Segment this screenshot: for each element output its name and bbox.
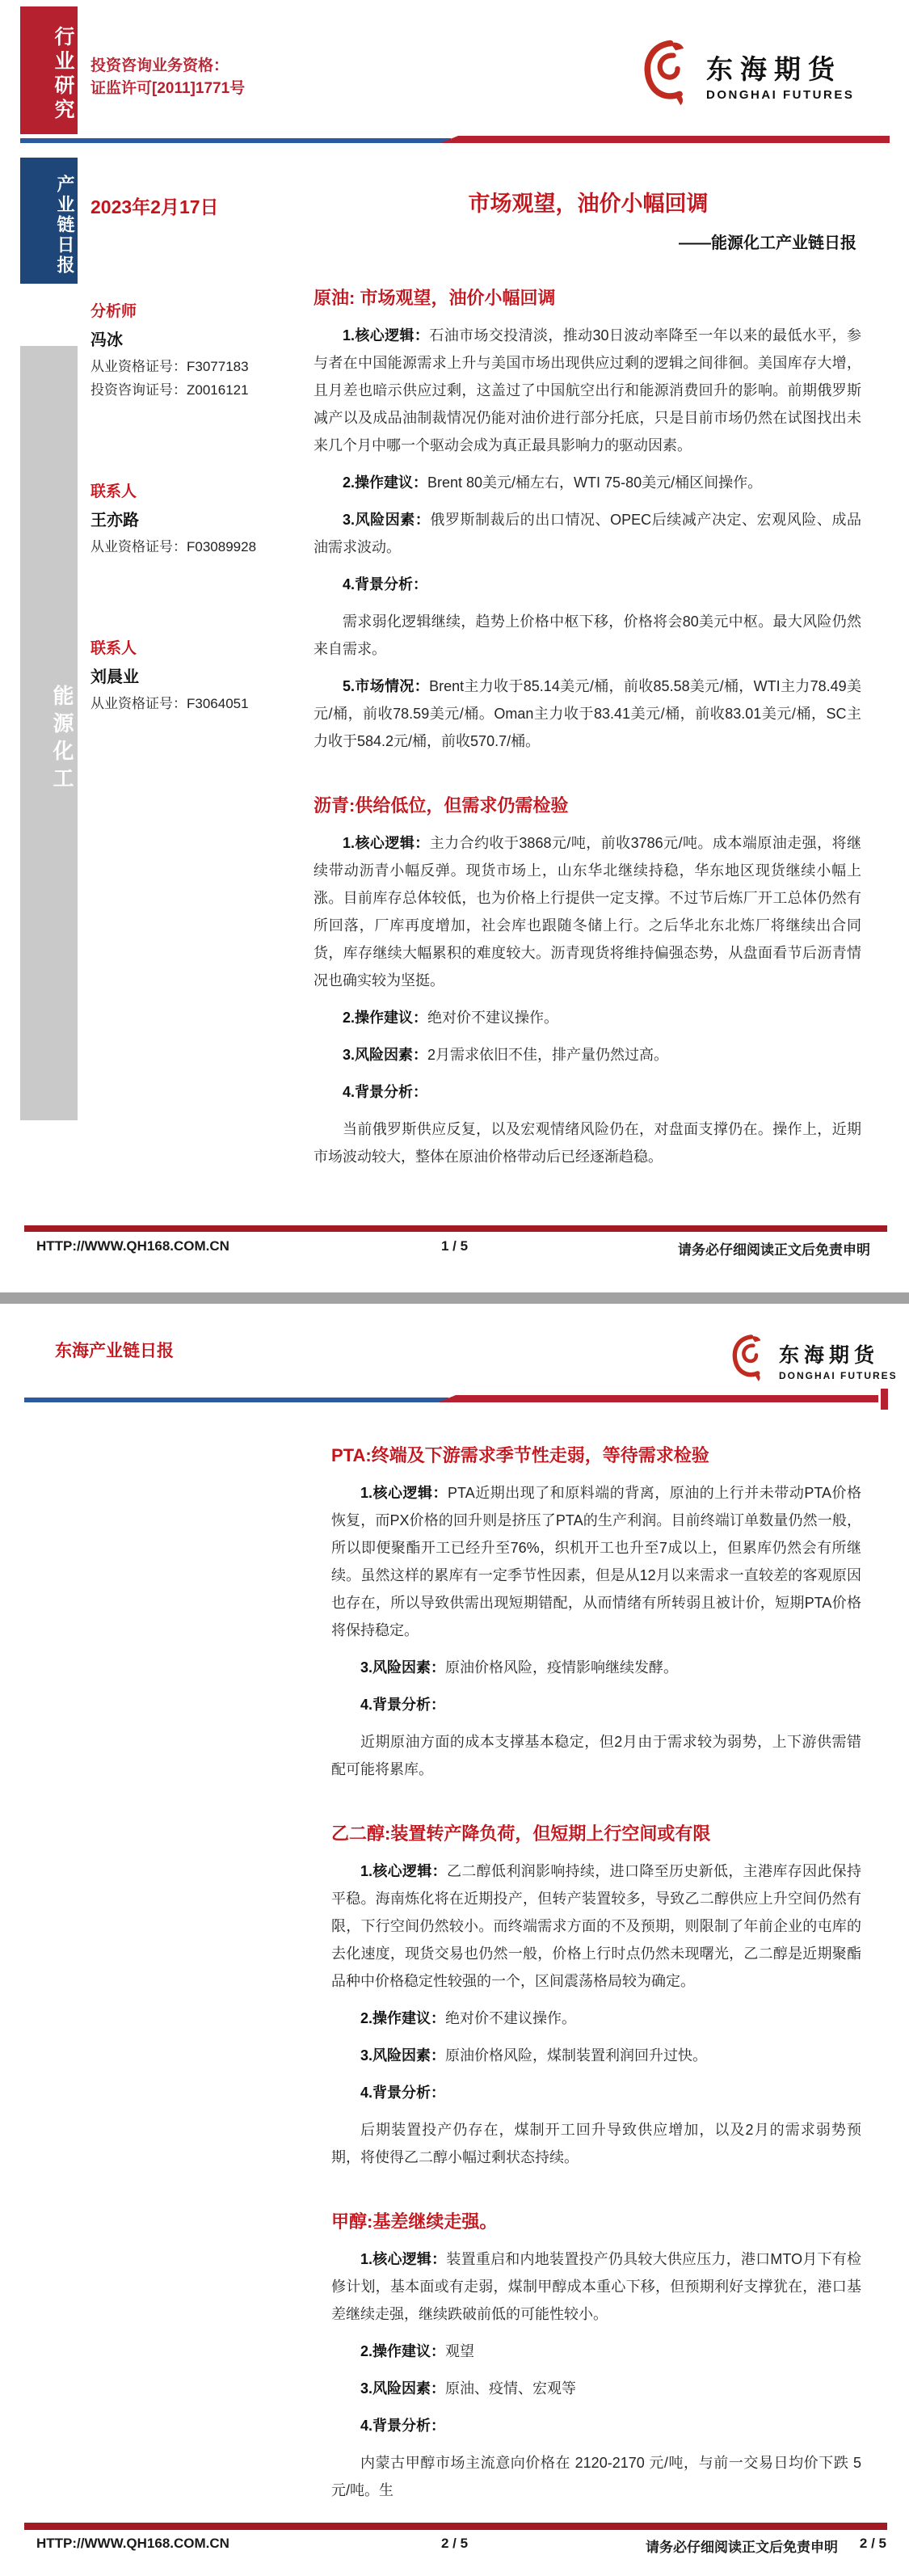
page2-body: PTA:终端及下游需求季节性走弱，等待需求检验 1.核心逻辑：PTA近期出现了和… xyxy=(331,1444,861,2514)
paragraph-text: 内蒙古甲醇市场主流意向价格在 2120-2170 元/吨，与前一交易日均价下跌 … xyxy=(331,2455,861,2498)
paragraph-text: 石油市场交投清淡，推动30日波动率降至一年以来的最低水平，参与者在中国能源需求上… xyxy=(314,327,861,453)
contact-cert: 从业资格证号：F3064051 xyxy=(90,692,315,715)
contact-card: 联系人 刘晨业 从业资格证号：F3064051 xyxy=(90,636,315,715)
section-heading: 甲醇:基差继续走强。 xyxy=(331,2210,861,2234)
page2-footer-rule xyxy=(24,2523,887,2530)
paragraph-label: 4.背景分析： xyxy=(343,576,427,592)
dragon-logo-icon xyxy=(637,37,698,112)
sidebar-tab-chain-daily: 产业链日报 xyxy=(20,158,78,284)
paragraph-label: 2.操作建议： xyxy=(360,2010,445,2026)
paragraph: 1.核心逻辑：乙二醇低利润影响持续，进口降至历史新低，主港库存因此保持平稳。海南… xyxy=(331,1857,861,1995)
paragraph: 3.风险因素：原油、疫情、宏观等 xyxy=(331,2375,861,2402)
paragraph: 1.核心逻辑：PTA近期出现了和原料端的背离，原油的上行并未带动PTA价格恢复，… xyxy=(331,1479,861,1644)
paragraph-label: 1.核心逻辑： xyxy=(360,2251,446,2267)
page1-body: 原油: 市场观望，油价小幅回调 1.核心逻辑：石油市场交投清淡，推动30日波动率… xyxy=(314,286,861,1180)
paragraph-label: 2.操作建议： xyxy=(343,474,427,491)
logo-text: 东海期货 DONGHAI FUTURES xyxy=(779,1339,898,1381)
license-line-2: 证监许可[2011]1771号 xyxy=(90,78,245,100)
section-asphalt: 沥青:供给低位，但需求仍需检验 1.核心逻辑：主力合约收于3868元/吨，前收3… xyxy=(314,794,861,1170)
paragraph-text: 绝对价不建议操作。 xyxy=(445,2010,576,2026)
section-heading: 乙二醇:装置转产降负荷，但短期上行空间或有限 xyxy=(331,1822,861,1846)
license-line-1: 投资咨询业务资格： xyxy=(90,55,245,78)
analyst-cert: 从业资格证号：F3077183 xyxy=(90,355,315,378)
viewer-page-indicator: 2 / 5 xyxy=(860,2536,886,2552)
paragraph-label: 3.风险因素： xyxy=(343,1047,427,1063)
contact-cert: 从业资格证号：F03089928 xyxy=(90,535,315,559)
paragraph: 1.核心逻辑：主力合约收于3868元/吨，前收3786元/吨。成本端原油走强，将… xyxy=(314,829,861,994)
paragraph-text: 绝对价不建议操作。 xyxy=(427,1010,558,1026)
paragraph: 1.核心逻辑：石油市场交投清淡，推动30日波动率降至一年以来的最低水平，参与者在… xyxy=(314,322,861,459)
donghai-logo: 东海期货 DONGHAI FUTURES xyxy=(637,37,854,112)
paragraph: 内蒙古甲醇市场主流意向价格在 2120-2170 元/吨，与前一交易日均价下跌 … xyxy=(331,2449,861,2504)
paragraph: 2.操作建议：观望 xyxy=(331,2338,861,2365)
paragraph: 4.背景分析： xyxy=(331,1691,861,1718)
paragraph-text: 乙二醇低利润影响持续，进口降至历史新低，主港库存因此保持平稳。海南炼化将在近期投… xyxy=(331,1863,861,1989)
report-subtitle: ——能源化工产业链日报 xyxy=(315,230,856,253)
paragraph-label: 4.背景分析： xyxy=(343,1084,427,1100)
paragraph-text: 原油、疫情、宏观等 xyxy=(445,2380,576,2397)
paragraph: 后期装置投产仍存在，煤制开工回升导致供应增加，以及2月的需求弱势预期，将使得乙二… xyxy=(331,2116,861,2171)
paragraph-label: 3.风险因素： xyxy=(360,1659,445,1676)
contact-card: 联系人 王亦路 从业资格证号：F03089928 xyxy=(90,479,315,559)
paragraph-label: 5.市场情况： xyxy=(343,678,429,694)
license-block: 投资咨询业务资格： 证监许可[2011]1771号 xyxy=(90,55,245,100)
donghai-logo: 东海期货 DONGHAI FUTURES xyxy=(727,1332,898,1388)
logo-chinese-name: 东海期货 xyxy=(706,48,854,86)
paragraph: 3.风险因素：原油价格风险，煤制装置利润回升过快。 xyxy=(331,2042,861,2069)
paragraph-text: 原油价格风险，煤制装置利润回升过快。 xyxy=(445,2047,707,2064)
section-methanol: 甲醇:基差继续走强。 1.核心逻辑：装置重启和内地装置投产仍具较大供应压力，港口… xyxy=(331,2210,861,2504)
paragraph-label: 2.操作建议： xyxy=(360,2343,445,2359)
logo-english-name: DONGHAI FUTURES xyxy=(706,88,854,102)
sidebar-tab-energy-chem: 能源化工 xyxy=(20,346,78,1120)
paragraph-label: 3.风险因素： xyxy=(360,2047,445,2064)
section-heading: 沥青:供给低位，但需求仍需检验 xyxy=(314,794,861,818)
logo-english-name: DONGHAI FUTURES xyxy=(779,1370,898,1381)
paragraph-label: 3.风险因素： xyxy=(343,512,430,528)
analyst-column: 分析师 冯冰 从业资格证号：F3077183 投资咨询证号：Z0016121 联… xyxy=(90,299,315,793)
paragraph-label: 1.核心逻辑： xyxy=(360,1485,448,1501)
paragraph-text: 观望 xyxy=(445,2343,474,2359)
paragraph-text: Brent 80美元/桶左右，WTI 75-80美元/桶区间操作。 xyxy=(427,474,762,491)
paragraph: 需求弱化逻辑继续，趋势上价格中枢下移，价格将会80美元中枢。最大风险仍然来自需求… xyxy=(314,608,861,663)
paragraph-label: 4.背景分析： xyxy=(360,2085,445,2101)
page-separator-bar xyxy=(0,1292,909,1304)
logo-chinese-name: 东海期货 xyxy=(779,1339,898,1368)
paragraph: 3.风险因素：原油价格风险，疫情影响继续发酵。 xyxy=(331,1654,861,1681)
paragraph: 当前俄罗斯供应反复，以及宏观情绪风险仍在，对盘面支撑仍在。操作上，近期市场波动较… xyxy=(314,1115,861,1170)
analyst-card: 分析师 冯冰 从业资格证号：F3077183 投资咨询证号：Z0016121 xyxy=(90,299,315,402)
paragraph: 4.背景分析： xyxy=(331,2412,861,2439)
paragraph-label: 4.背景分析： xyxy=(360,2418,445,2434)
dragon-logo-icon xyxy=(727,1332,771,1388)
paragraph: 1.核心逻辑：装置重启和内地装置投产仍具较大供应压力，港口MTO月下有检修计划，… xyxy=(331,2245,861,2328)
paragraph: 近期原油方面的成本支撑基本稳定，但2月由于需求较为弱势，上下游供需错配可能将累库… xyxy=(331,1728,861,1783)
analyst-cert: 投资咨询证号：Z0016121 xyxy=(90,378,315,402)
section-heading: PTA:终端及下游需求季节性走弱，等待需求检验 xyxy=(331,1444,861,1468)
paragraph-text: 主力合约收于3868元/吨，前收3786元/吨。成本端原油走强，将继续带动沥青小… xyxy=(314,835,861,989)
section-pta: PTA:终端及下游需求季节性走弱，等待需求检验 1.核心逻辑：PTA近期出现了和… xyxy=(331,1444,861,1783)
paragraph: 5.市场情况：Brent主力收于85.14美元/桶，前收85.58美元/桶，WT… xyxy=(314,672,861,755)
paragraph: 2.操作建议：绝对价不建议操作。 xyxy=(331,2005,861,2032)
paragraph-text: PTA近期出现了和原料端的背离，原油的上行并未带动PTA价格恢复，而PX价格的回… xyxy=(331,1485,861,1638)
paragraph-label: 4.背景分析： xyxy=(360,1697,445,1713)
page2-divider-red xyxy=(438,1395,878,1402)
paragraph-label: 3.风险因素： xyxy=(360,2380,445,2397)
contact-role: 联系人 xyxy=(90,636,315,658)
paragraph-label: 1.核心逻辑： xyxy=(360,1863,447,1879)
paragraph-label: 1.核心逻辑： xyxy=(343,835,430,851)
logo-text: 东海期货 DONGHAI FUTURES xyxy=(706,48,854,102)
analyst-name: 冯冰 xyxy=(90,327,315,350)
paragraph-text: 2月需求依旧不佳，排产量仍然过高。 xyxy=(427,1047,668,1063)
analyst-role: 分析师 xyxy=(90,299,315,321)
footer-disclaimer: 请务必仔细阅读正文后免责申明 xyxy=(646,2536,838,2556)
section-meg: 乙二醇:装置转产降负荷，但短期上行空间或有限 1.核心逻辑：乙二醇低利润影响持续… xyxy=(331,1822,861,2171)
report-date: 2023年2月17日 xyxy=(90,192,219,219)
page2-divider-end-cap xyxy=(881,1389,888,1410)
paragraph-text: 需求弱化逻辑继续，趋势上价格中枢下移，价格将会80美元中枢。最大风险仍然来自需求… xyxy=(314,613,861,657)
paragraph: 3.风险因素：2月需求依旧不佳，排产量仍然过高。 xyxy=(314,1041,861,1069)
page2-header-title: 东海产业链日报 xyxy=(55,1338,174,1362)
section-crude-oil: 原油: 市场观望，油价小幅回调 1.核心逻辑：石油市场交投清淡，推动30日波动率… xyxy=(314,286,861,755)
header-divider-blue xyxy=(20,138,451,143)
paragraph-text: 当前俄罗斯供应反复，以及宏观情绪风险仍在，对盘面支撑仍在。操作上，近期市场波动较… xyxy=(314,1121,861,1165)
sidebar-tab-industry-research: 行业研究 xyxy=(20,6,78,134)
paragraph-text: 后期装置投产仍存在，煤制开工回升导致供应增加，以及2月的需求弱势预期，将使得乙二… xyxy=(331,2122,861,2165)
page1-footer-rule xyxy=(24,1225,887,1232)
paragraph-label: 1.核心逻辑： xyxy=(343,327,429,344)
section-heading: 原油: 市场观望，油价小幅回调 xyxy=(314,286,861,310)
page2-divider-blue xyxy=(24,1398,448,1402)
paragraph: 4.背景分析： xyxy=(314,571,861,598)
paragraph: 4.背景分析： xyxy=(331,2079,861,2106)
paragraph: 4.背景分析： xyxy=(314,1078,861,1106)
paragraph: 2.操作建议：Brent 80美元/桶左右，WTI 75-80美元/桶区间操作。 xyxy=(314,469,861,496)
paragraph: 3.风险因素：俄罗斯制裁后的出口情况、OPEC后续减产决定、宏观风险、成品油需求… xyxy=(314,506,861,561)
report-title: 市场观望，油价小幅回调 xyxy=(315,186,861,217)
paragraph-text: 原油价格风险，疫情影响继续发酵。 xyxy=(445,1659,678,1676)
report-canvas: 行业研究 投资咨询业务资格： 证监许可[2011]1771号 东海期货 DONG… xyxy=(0,0,909,2576)
contact-name: 刘晨业 xyxy=(90,664,315,687)
paragraph-text: 近期原油方面的成本支撑基本稳定，但2月由于需求较为弱势，上下游供需错配可能将累库… xyxy=(331,1734,861,1777)
contact-name: 王亦路 xyxy=(90,507,315,530)
footer-disclaimer: 请务必仔细阅读正文后免责申明 xyxy=(678,1238,870,1258)
contact-role: 联系人 xyxy=(90,479,315,501)
paragraph-label: 2.操作建议： xyxy=(343,1010,427,1026)
paragraph: 2.操作建议：绝对价不建议操作。 xyxy=(314,1004,861,1031)
header-divider-red xyxy=(440,136,890,143)
